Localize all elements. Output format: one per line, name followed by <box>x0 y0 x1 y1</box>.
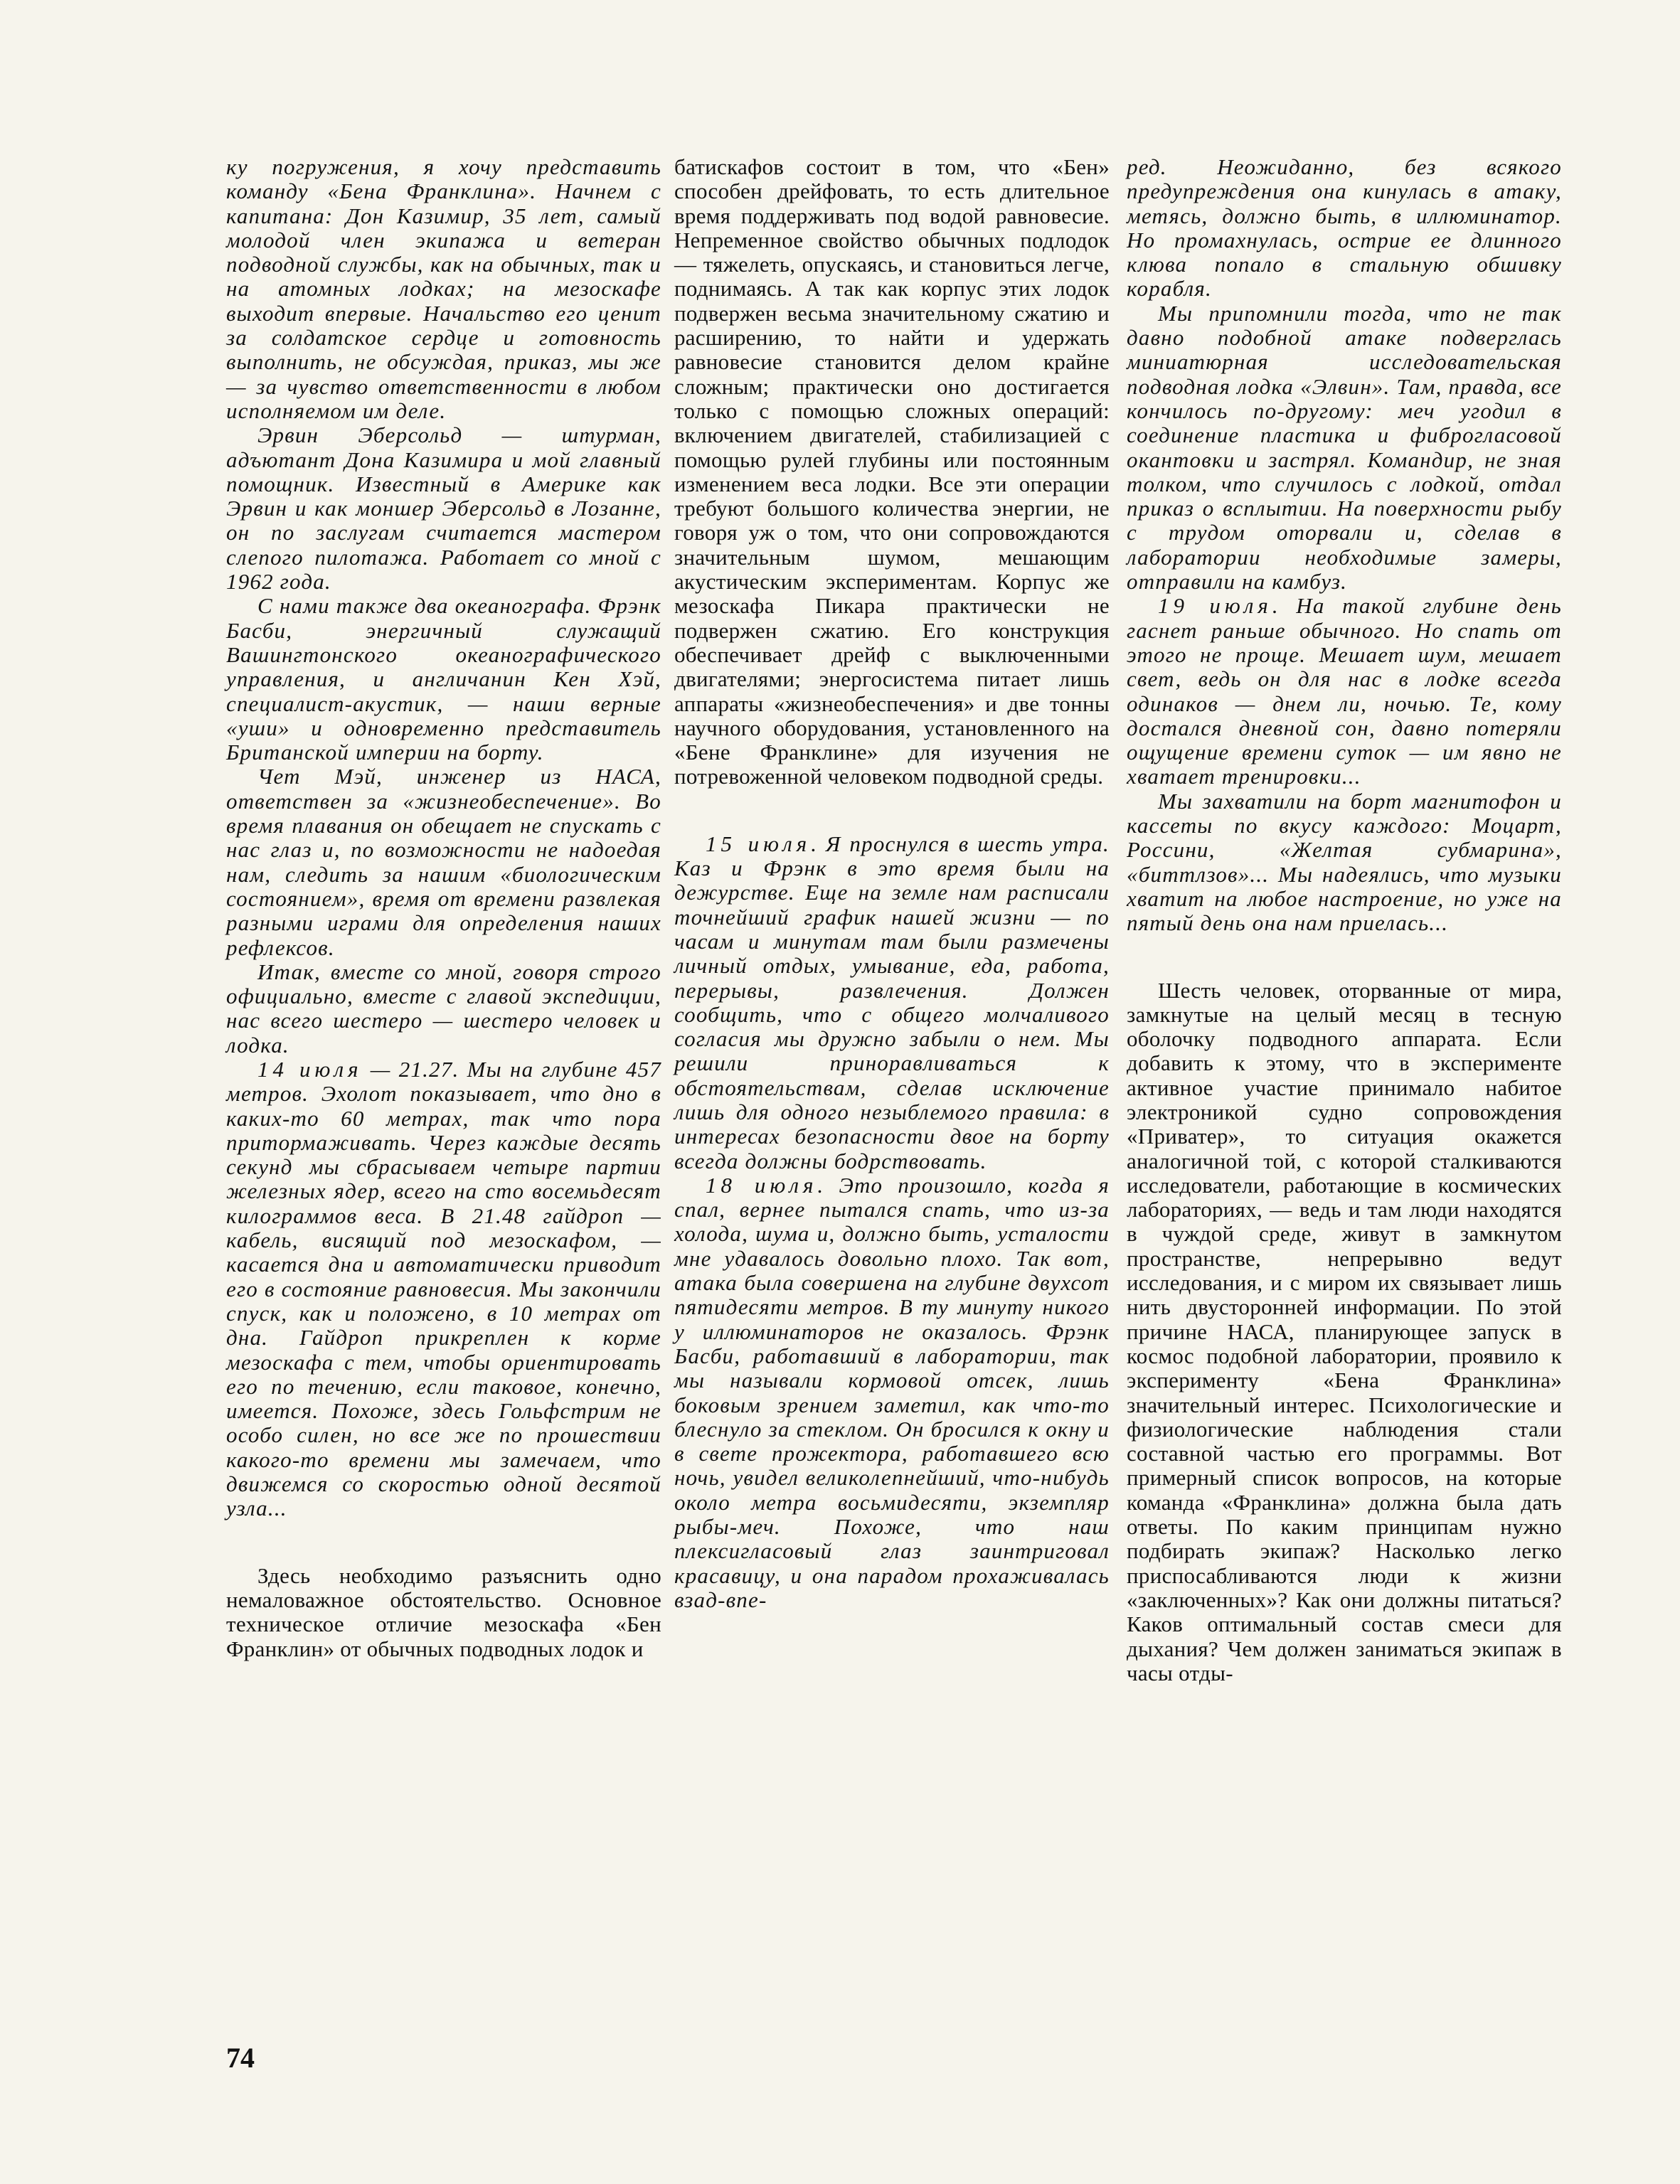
column-3: ред. Неожиданно, без всякого предупрежде… <box>1127 155 1562 1685</box>
paragraph-music: Мы захватили на борт магнитофон и кассет… <box>1127 789 1562 936</box>
paragraph-drift-explanation: батискафов состоит в том, что «Бен» спос… <box>674 155 1110 789</box>
page-number: 74 <box>226 2041 255 2074</box>
column-2: батискафов состоит в том, что «Бен» спос… <box>674 155 1110 1612</box>
diary-text: . Я проснулся в шесть утра. Каз и Фрэнк … <box>674 831 1110 1173</box>
paragraph-swordfish-attack: ред. Неожиданно, без всякого предупрежде… <box>1127 155 1562 302</box>
diary-entry-july-14: 14 июля — 21.27. Мы на глубине 457 метро… <box>226 1058 661 1521</box>
diary-text: . На такой глубине день гаснет раньше об… <box>1127 593 1562 789</box>
section-gap <box>674 789 1110 832</box>
diary-date: 14 июля <box>257 1057 363 1082</box>
paragraph-crew-intro: ку погружения, я хочу представить команд… <box>226 155 661 423</box>
diary-date: 18 июля <box>706 1173 817 1198</box>
diary-entry-july-19: 19 июля. На такой глубине день гаснет ра… <box>1127 594 1562 789</box>
paragraph-chet-may: Чет Мэй, инженер из НАСА, ответствен за … <box>226 765 661 959</box>
diary-entry-july-18: 18 июля. Это произошло, когда я спал, ве… <box>674 1173 1110 1612</box>
paragraph-oceanographers: С нами также два океанографа. Фрэнк Басб… <box>226 594 661 765</box>
paragraph-nasa-interest: Шесть человек, оторванные от мира, замкн… <box>1127 979 1562 1686</box>
paragraph-alvin: Мы припомнили тогда, что не так давно по… <box>1127 302 1562 595</box>
diary-entry-july-15: 15 июля. Я проснулся в шесть утра. Каз и… <box>674 832 1110 1173</box>
paragraph-ebersold: Эрвин Эберсольд — штурман, адъютант Дона… <box>226 423 661 594</box>
diary-date: 19 июля <box>1158 593 1272 618</box>
section-gap <box>226 1521 661 1564</box>
paragraph-six-aboard: Итак, вместе со мной, говоря строго офиц… <box>226 960 661 1058</box>
diary-date: 15 июля <box>706 831 811 856</box>
column-1: ку погружения, я хочу представить команд… <box>226 155 661 1661</box>
diary-text: — 21.27. Мы на глубине 457 метров. Эхоло… <box>226 1057 661 1520</box>
section-gap <box>1127 936 1562 979</box>
paragraph-technical-difference: Здесь необходимо разъяснить одно немалов… <box>226 1564 661 1661</box>
diary-text: . Это произошло, когда я спал, вернее пы… <box>674 1173 1110 1612</box>
